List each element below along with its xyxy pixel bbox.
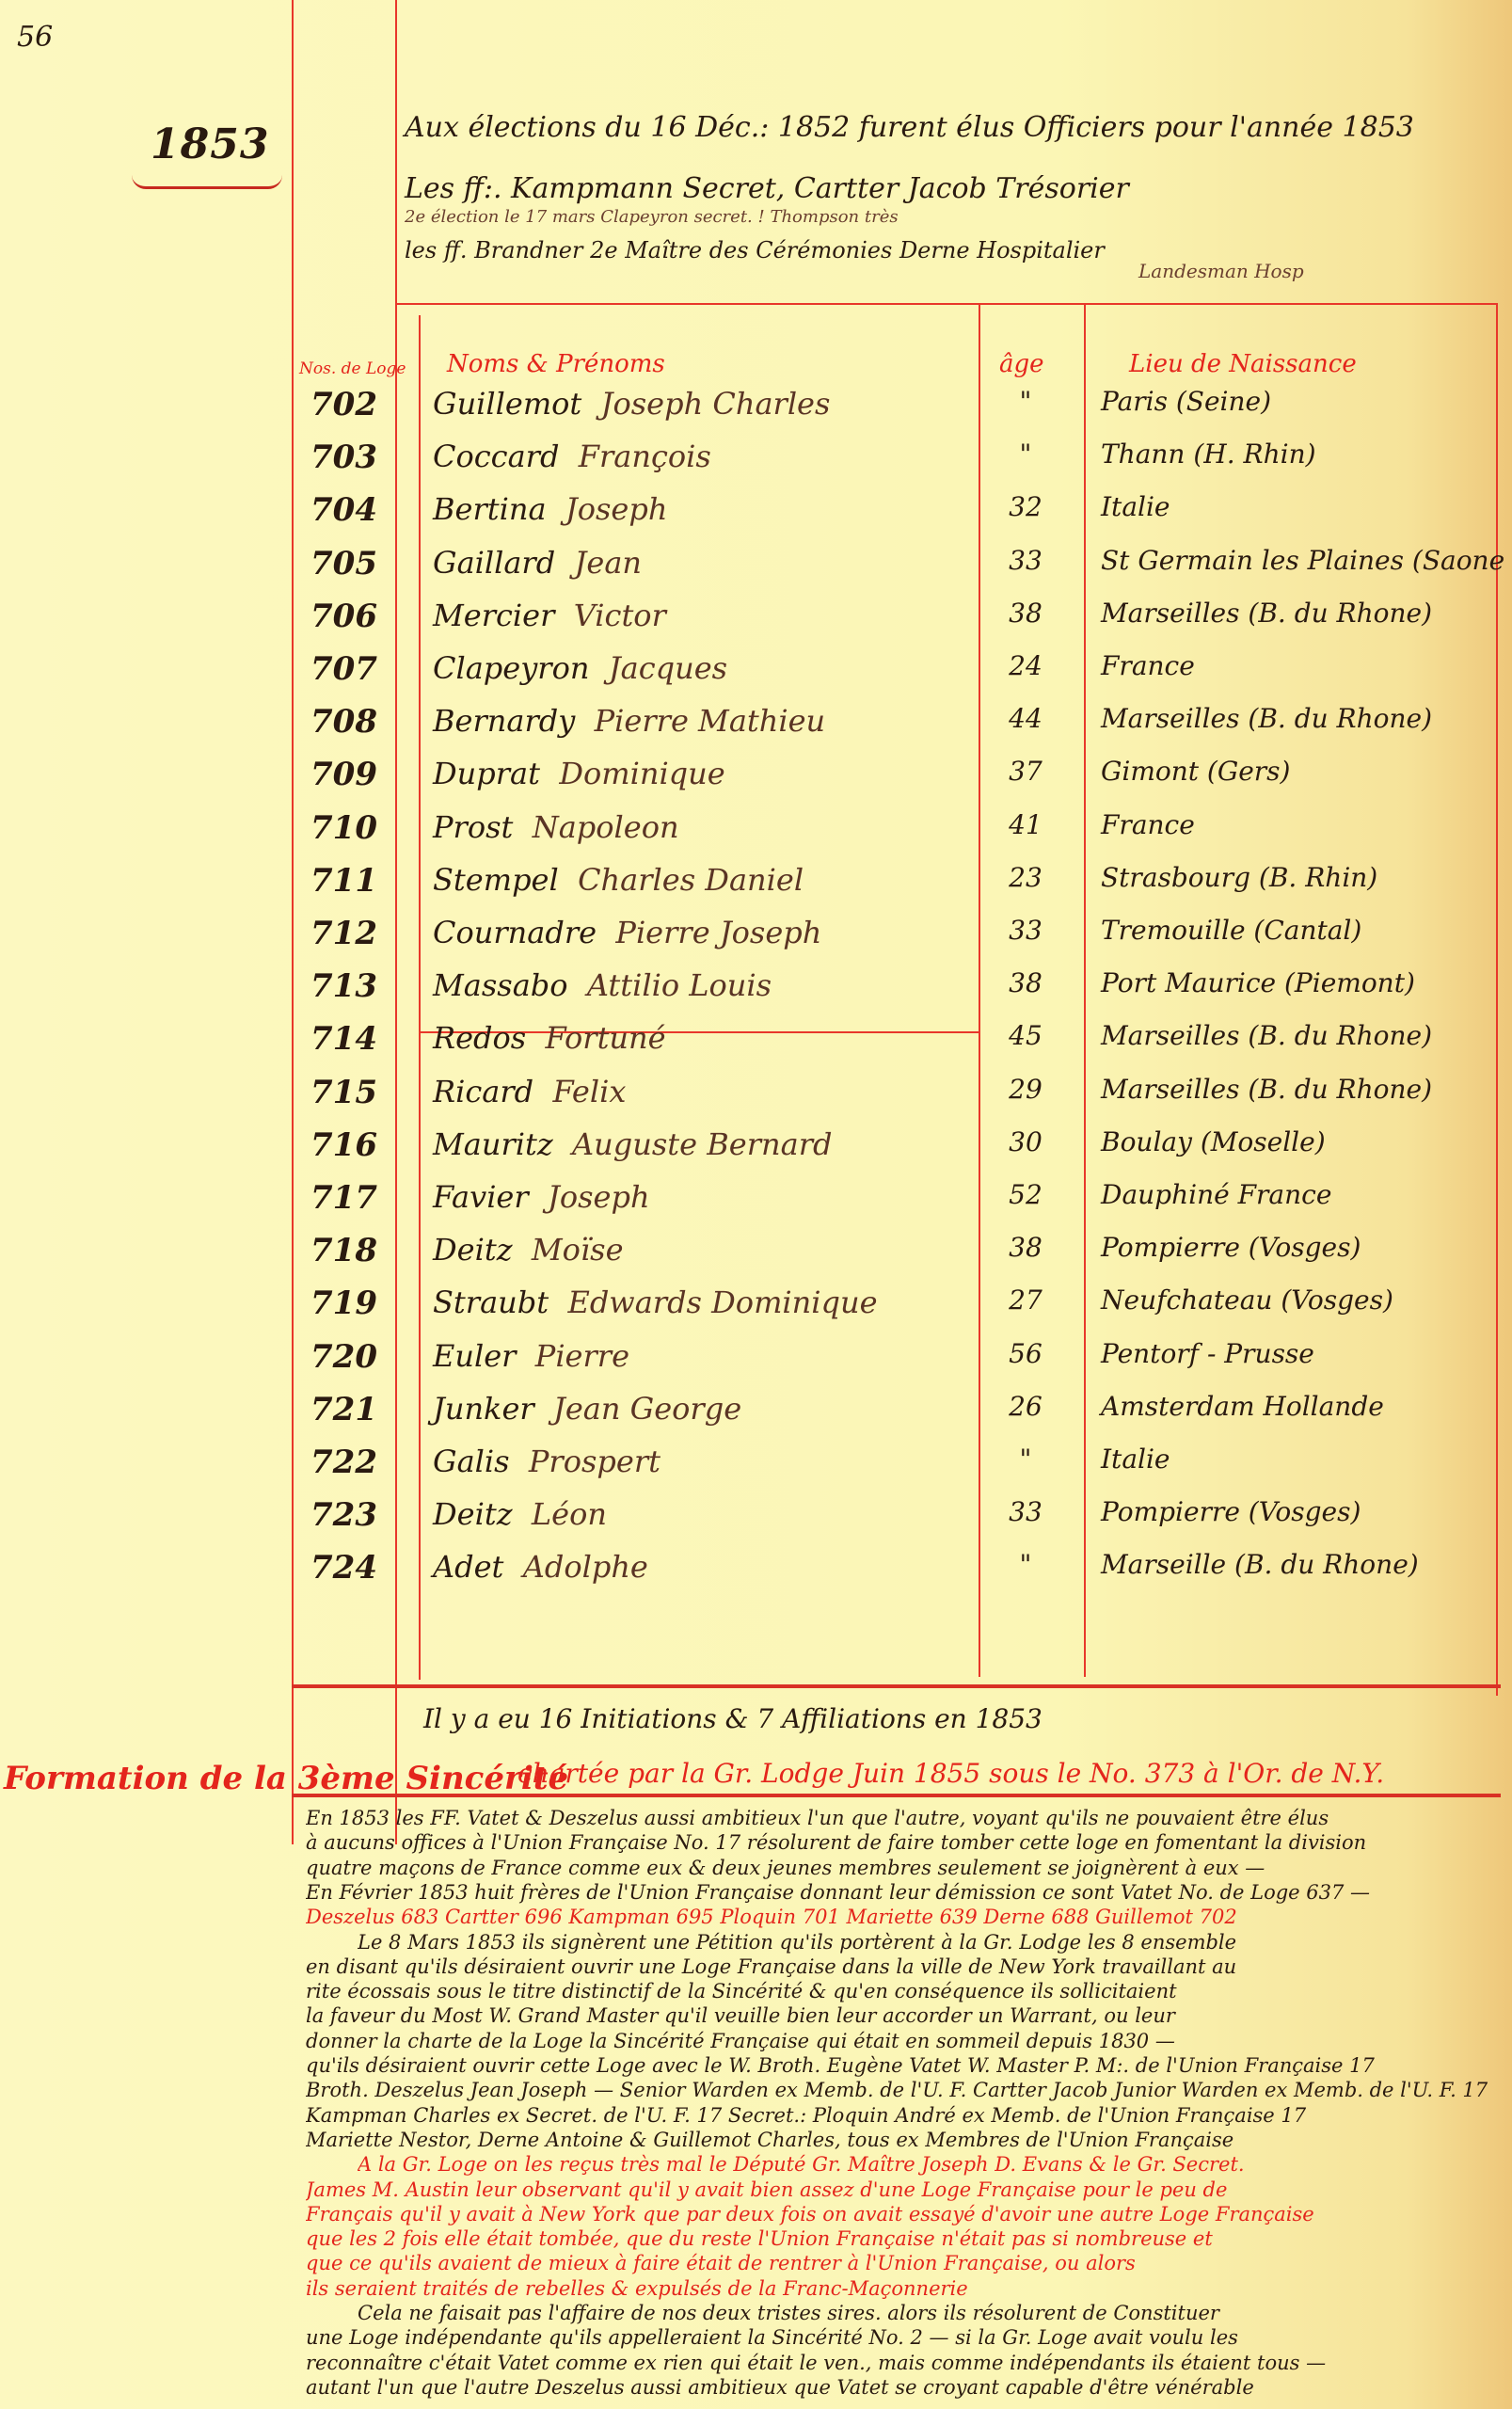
column-header-name: Noms & Prénoms bbox=[447, 350, 665, 378]
member-birthplace: Marseilles (B. du Rhone) bbox=[1101, 598, 1432, 629]
narrative-line: qu'ils désiraient ouvrir cette Loge avec… bbox=[306, 2052, 1501, 2079]
member-surname: Euler bbox=[433, 1338, 516, 1374]
member-number: 719 bbox=[310, 1284, 377, 1322]
right-table-rule bbox=[1496, 303, 1498, 1696]
member-surname: Mercier bbox=[433, 598, 554, 633]
member-name: Duprat Dominique bbox=[433, 756, 725, 791]
member-given-names: Jean bbox=[575, 545, 642, 581]
narrative-line: quatre maçons de France comme eux & deux… bbox=[306, 1855, 1501, 1881]
member-given-names: Jean George bbox=[553, 1391, 741, 1427]
member-age: 56 bbox=[993, 1338, 1058, 1369]
member-given-names: Prospert bbox=[529, 1444, 661, 1479]
member-age: " bbox=[993, 439, 1058, 470]
member-number: 724 bbox=[310, 1549, 377, 1587]
officers-line-4-annotation: Landesman Hosp bbox=[1138, 260, 1304, 282]
initiations-summary: Il y a eu 16 Initiations & 7 Affiliation… bbox=[423, 1703, 1042, 1734]
member-birthplace: Gimont (Gers) bbox=[1101, 756, 1290, 787]
member-surname: Coccard bbox=[433, 439, 559, 474]
member-name: Mercier Victor bbox=[433, 598, 666, 633]
elections-heading: Aux élections du 16 Déc.: 1852 furent él… bbox=[405, 111, 1414, 144]
member-age: 38 bbox=[993, 598, 1058, 629]
member-surname: Adet bbox=[433, 1549, 503, 1585]
member-birthplace: St Germain les Plaines (Saone & Loire) bbox=[1101, 545, 1512, 576]
member-age: 27 bbox=[993, 1284, 1058, 1316]
column-header-birthplace: Lieu de Naissance bbox=[1129, 350, 1357, 378]
member-age: 24 bbox=[993, 650, 1058, 681]
narrative-line: que les 2 fois elle était tombée, que du… bbox=[306, 2226, 1501, 2252]
member-name: Bertina Joseph bbox=[433, 491, 667, 527]
member-number: 705 bbox=[310, 545, 377, 582]
narrative-line: donner la charte de la Loge la Sincérité… bbox=[306, 2028, 1501, 2054]
member-given-names: Felix bbox=[552, 1074, 626, 1109]
member-age: 41 bbox=[993, 809, 1058, 840]
member-surname: Massabo bbox=[433, 967, 568, 1003]
member-surname: Favier bbox=[433, 1179, 529, 1215]
member-age: 30 bbox=[993, 1126, 1058, 1157]
narrative-line: A la Gr. Loge on les reçus très mal le D… bbox=[358, 2151, 1512, 2178]
member-surname: Prost bbox=[433, 809, 513, 845]
officers-line-3: les ff. Brandner 2e Maître des Cérémonie… bbox=[405, 237, 1105, 263]
member-given-names: Joseph bbox=[548, 1179, 650, 1215]
member-number: 721 bbox=[310, 1391, 377, 1428]
member-surname: Stempel bbox=[433, 862, 559, 898]
member-given-names: Auguste Bernard bbox=[572, 1126, 832, 1162]
member-given-names: Joseph Charles bbox=[601, 386, 831, 422]
member-given-names: Edwards Dominique bbox=[567, 1284, 877, 1320]
member-given-names: Léon bbox=[532, 1496, 607, 1532]
member-birthplace: Port Maurice (Piemont) bbox=[1101, 967, 1415, 998]
member-age: 23 bbox=[993, 862, 1058, 893]
member-number: 711 bbox=[310, 862, 377, 900]
member-birthplace: Pompierre (Vosges) bbox=[1101, 1232, 1361, 1263]
narrative-line: En Février 1853 huit frères de l'Union F… bbox=[306, 1879, 1501, 1906]
member-birthplace: Dauphiné France bbox=[1101, 1179, 1331, 1210]
narrative-line: à aucuns offices à l'Union Française No.… bbox=[306, 1829, 1501, 1856]
member-given-names: Dominique bbox=[559, 756, 724, 791]
member-age: " bbox=[993, 1549, 1058, 1580]
member-name: Deitz Moïse bbox=[433, 1232, 624, 1268]
column-header-age: âge bbox=[999, 350, 1044, 378]
narrative-line: Deszelus 683 Cartter 696 Kampman 695 Plo… bbox=[306, 1904, 1501, 1930]
member-surname: Deitz bbox=[433, 1496, 513, 1532]
member-given-names: Napoleon bbox=[533, 809, 679, 845]
age-column-right-rule bbox=[1084, 303, 1086, 1677]
member-age: 38 bbox=[993, 967, 1058, 998]
member-surname: Guillemot bbox=[433, 386, 581, 422]
member-age: 33 bbox=[993, 1496, 1058, 1527]
member-name: Favier Joseph bbox=[433, 1179, 650, 1215]
member-surname: Bernardy bbox=[433, 703, 575, 739]
narrative-line: Le 8 Mars 1853 ils signèrent une Pétitio… bbox=[358, 1929, 1512, 1955]
member-surname: Clapeyron bbox=[433, 650, 589, 686]
member-number: 704 bbox=[310, 491, 377, 529]
member-name: Galis Prospert bbox=[433, 1444, 661, 1479]
member-birthplace: France bbox=[1101, 650, 1195, 681]
member-number: 716 bbox=[310, 1126, 377, 1164]
member-number: 703 bbox=[310, 439, 377, 476]
narrative-line: autant l'un que l'autre Deszelus aussi a… bbox=[306, 2374, 1501, 2401]
page-number: 56 bbox=[17, 21, 53, 54]
member-birthplace: Amsterdam Hollande bbox=[1101, 1391, 1384, 1422]
member-name: Straubt Edwards Dominique bbox=[433, 1284, 878, 1320]
column-header-number: Nos. de Loge bbox=[299, 359, 406, 378]
member-name: Clapeyron Jacques bbox=[433, 650, 727, 686]
member-given-names: Joseph bbox=[565, 491, 668, 527]
member-surname: Galis bbox=[433, 1444, 510, 1479]
member-number: 714 bbox=[310, 1020, 377, 1058]
member-age: " bbox=[993, 386, 1058, 417]
member-birthplace: Tremouille (Cantal) bbox=[1101, 915, 1361, 946]
member-surname: Junker bbox=[433, 1391, 534, 1427]
narrative-line: Mariette Nestor, Derne Antoine & Guillem… bbox=[306, 2127, 1501, 2153]
member-number: 710 bbox=[310, 809, 377, 847]
narrative-line: une Loge indépendante qu'ils appelleraie… bbox=[306, 2324, 1501, 2351]
member-birthplace: Marseilles (B. du Rhone) bbox=[1101, 1020, 1432, 1051]
narrative-line: Français qu'il y avait à New York que pa… bbox=[306, 2201, 1501, 2227]
member-birthplace: Marseilles (B. du Rhone) bbox=[1101, 703, 1432, 734]
name-column-rule bbox=[419, 315, 421, 1680]
member-given-names: Charles Daniel bbox=[578, 862, 804, 898]
member-number: 715 bbox=[310, 1074, 377, 1111]
member-birthplace: Italie bbox=[1101, 491, 1170, 522]
member-given-names: Moïse bbox=[532, 1232, 624, 1268]
member-birthplace: France bbox=[1101, 809, 1195, 840]
member-number: 709 bbox=[310, 756, 377, 793]
member-surname: Mauritz bbox=[433, 1126, 553, 1162]
member-number: 720 bbox=[310, 1338, 377, 1376]
member-birthplace: Marseilles (B. du Rhone) bbox=[1101, 1074, 1432, 1105]
member-name: Junker Jean George bbox=[433, 1391, 741, 1427]
member-given-names: François bbox=[579, 439, 711, 474]
member-birthplace: Marseille (B. du Rhone) bbox=[1101, 1549, 1419, 1580]
member-given-names: Pierre bbox=[535, 1338, 629, 1374]
member-number: 722 bbox=[310, 1444, 377, 1481]
member-birthplace: Neufchateau (Vosges) bbox=[1101, 1284, 1393, 1316]
member-surname: Gaillard bbox=[433, 545, 555, 581]
member-birthplace: Thann (H. Rhin) bbox=[1101, 439, 1316, 470]
member-name: Ricard Felix bbox=[433, 1074, 626, 1109]
member-name: Redos Fortuné bbox=[433, 1020, 666, 1056]
narrative-line: Broth. Deszelus Jean Joseph — Senior War… bbox=[306, 2077, 1501, 2103]
narrative-line: ils seraient traités de rebelles & expul… bbox=[306, 2275, 1501, 2302]
member-age: 29 bbox=[993, 1074, 1058, 1105]
text-margin-rule bbox=[395, 0, 397, 1844]
member-birthplace: Pentorf - Prusse bbox=[1101, 1338, 1314, 1369]
member-age: 38 bbox=[993, 1232, 1058, 1263]
member-age: 45 bbox=[993, 1020, 1058, 1051]
member-age: 33 bbox=[993, 545, 1058, 576]
officers-line-1: Les ff:. Kampmann Secret, Cartter Jacob … bbox=[405, 172, 1129, 205]
member-number: 706 bbox=[310, 598, 377, 635]
member-surname: Ricard bbox=[433, 1074, 533, 1109]
formation-margin-note: Formation de la 3ème Sincérité bbox=[4, 1760, 568, 1797]
member-birthplace: Pompierre (Vosges) bbox=[1101, 1496, 1361, 1527]
member-given-names: Jacques bbox=[609, 650, 727, 686]
member-age: 33 bbox=[993, 915, 1058, 946]
member-surname: Redos bbox=[433, 1020, 526, 1056]
member-number: 707 bbox=[310, 650, 377, 688]
member-number: 712 bbox=[310, 915, 377, 952]
member-age: 52 bbox=[993, 1179, 1058, 1210]
member-name: Prost Napoleon bbox=[433, 809, 679, 845]
narrative-line: James M. Austin leur observant qu'il y a… bbox=[306, 2177, 1501, 2203]
member-name: Cournadre Pierre Joseph bbox=[433, 915, 821, 950]
member-birthplace: Paris (Seine) bbox=[1101, 386, 1271, 417]
narrative-line: En 1853 les FF. Vatet & Deszelus aussi a… bbox=[306, 1805, 1501, 1831]
member-given-names: Adolphe bbox=[523, 1549, 648, 1585]
charter-line: chartée par la Gr. Lodge Juin 1855 sous … bbox=[517, 1758, 1384, 1789]
member-birthplace: Boulay (Moselle) bbox=[1101, 1126, 1326, 1157]
member-given-names: Pierre Joseph bbox=[615, 915, 821, 950]
member-name: Euler Pierre bbox=[433, 1338, 629, 1374]
member-number: 702 bbox=[310, 386, 377, 423]
member-given-names: Fortuné bbox=[546, 1020, 666, 1056]
narrative-line: en disant qu'ils désiraient ouvrir une L… bbox=[306, 1954, 1501, 1980]
member-age: 37 bbox=[993, 756, 1058, 787]
table-bottom-rule bbox=[292, 1684, 1501, 1688]
member-surname: Duprat bbox=[433, 756, 540, 791]
narrative-line: que ce qu'ils avaient de mieux à faire é… bbox=[306, 2250, 1501, 2276]
narrative-line: Cela ne faisait pas l'affaire de nos deu… bbox=[358, 2300, 1512, 2326]
member-name: Gaillard Jean bbox=[433, 545, 642, 581]
member-name: Bernardy Pierre Mathieu bbox=[433, 703, 825, 739]
member-name: Coccard François bbox=[433, 439, 711, 474]
narrative-line: la faveur du Most W. Grand Master qu'il … bbox=[306, 2002, 1501, 2029]
member-age: 44 bbox=[993, 703, 1058, 734]
member-number: 718 bbox=[310, 1232, 377, 1269]
member-number: 723 bbox=[310, 1496, 377, 1534]
member-surname: Deitz bbox=[433, 1232, 513, 1268]
member-name: Stempel Charles Daniel bbox=[433, 862, 804, 898]
member-name: Adet Adolphe bbox=[433, 1549, 648, 1585]
left-margin-rule bbox=[292, 0, 294, 1844]
member-birthplace: Italie bbox=[1101, 1444, 1170, 1475]
member-number: 713 bbox=[310, 967, 377, 1005]
member-given-names: Attilio Louis bbox=[587, 967, 772, 1003]
member-name: Guillemot Joseph Charles bbox=[433, 386, 830, 422]
member-number: 708 bbox=[310, 703, 377, 741]
table-top-rule bbox=[395, 303, 1498, 305]
member-given-names: Pierre Mathieu bbox=[595, 703, 826, 739]
year-heading: 1853 bbox=[151, 120, 269, 168]
officers-line-2-annotation: 2e élection le 17 mars Clapeyron secret.… bbox=[405, 207, 899, 227]
member-name: Massabo Attilio Louis bbox=[433, 967, 772, 1003]
age-column-left-rule bbox=[979, 303, 980, 1677]
narrative-line: reconnaître c'était Vatet comme ex rien … bbox=[306, 2350, 1501, 2376]
member-name: Mauritz Auguste Bernard bbox=[433, 1126, 832, 1162]
member-age: " bbox=[993, 1444, 1058, 1475]
narrative-line: rite écossais sous le titre distinctif d… bbox=[306, 1978, 1501, 2004]
member-birthplace: Strasbourg (B. Rhin) bbox=[1101, 862, 1377, 893]
member-given-names: Victor bbox=[574, 598, 666, 633]
year-underline-brace bbox=[132, 175, 282, 189]
narrative-line: Kampman Charles ex Secret. de l'U. F. 17… bbox=[306, 2102, 1501, 2129]
member-surname: Bertina bbox=[433, 491, 547, 527]
member-number: 717 bbox=[310, 1179, 377, 1217]
member-surname: Cournadre bbox=[433, 915, 597, 950]
member-age: 32 bbox=[993, 491, 1058, 522]
member-name: Deitz Léon bbox=[433, 1496, 607, 1532]
member-age: 26 bbox=[993, 1391, 1058, 1422]
member-surname: Straubt bbox=[433, 1284, 549, 1320]
